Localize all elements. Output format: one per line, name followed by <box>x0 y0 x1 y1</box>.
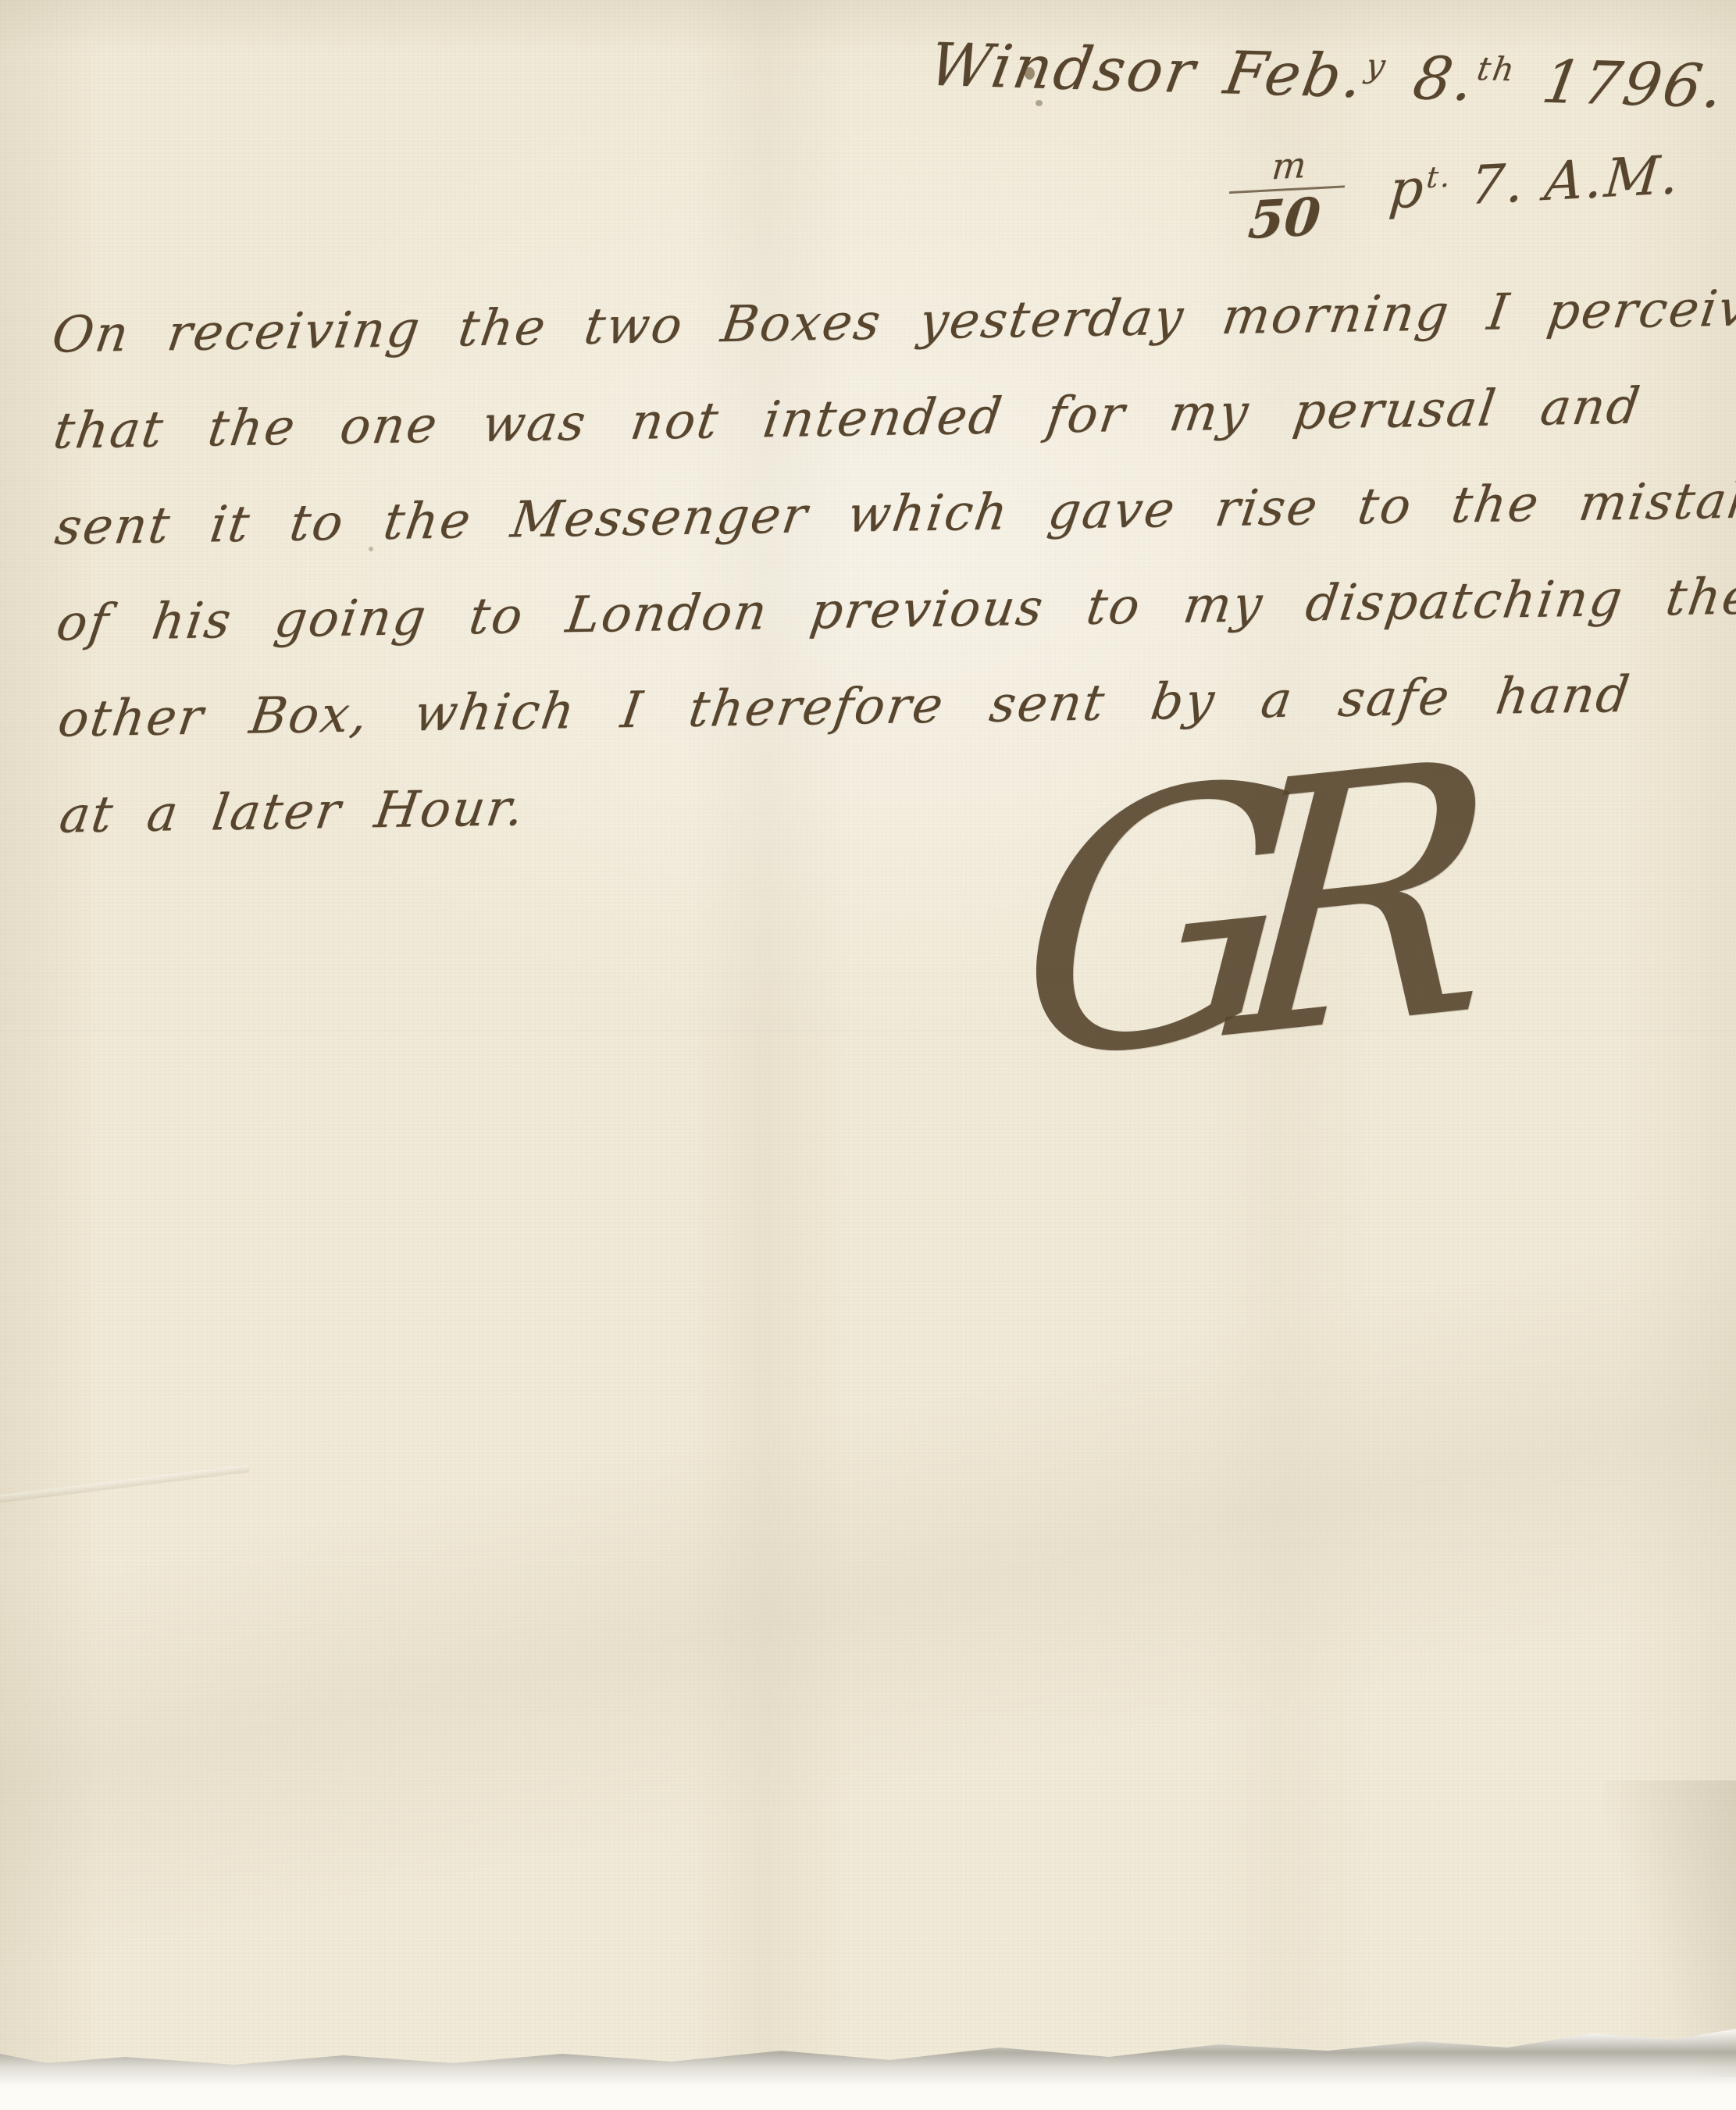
minutes-label: m <box>1271 147 1308 190</box>
date-text: Windsor Feb. <box>925 30 1371 111</box>
minutes-fraction: m 50 <box>1224 144 1349 247</box>
time-of-day: pt. 7. A.M. <box>1387 144 1684 222</box>
time-superscript: t. <box>1425 159 1454 194</box>
minutes-value: 50 <box>1246 189 1323 246</box>
royal-cypher-signature: GR <box>1011 720 1444 1111</box>
letter-body: On receiving the two Boxes yesterday mor… <box>52 262 1708 864</box>
date-superscript: th <box>1474 49 1520 88</box>
time-text-part: 7. A.M. <box>1449 144 1684 219</box>
time-text-part: p <box>1387 158 1428 222</box>
scanned-letter: Windsor Feb.y 8.th 1796. m 50 pt. 7. A.M… <box>0 0 1736 2110</box>
paper-crease-middle <box>0 1028 1736 1031</box>
corner-fold <box>1603 1780 1736 2077</box>
date-text: 8. <box>1379 42 1481 114</box>
date-text: 1796. <box>1509 46 1731 121</box>
